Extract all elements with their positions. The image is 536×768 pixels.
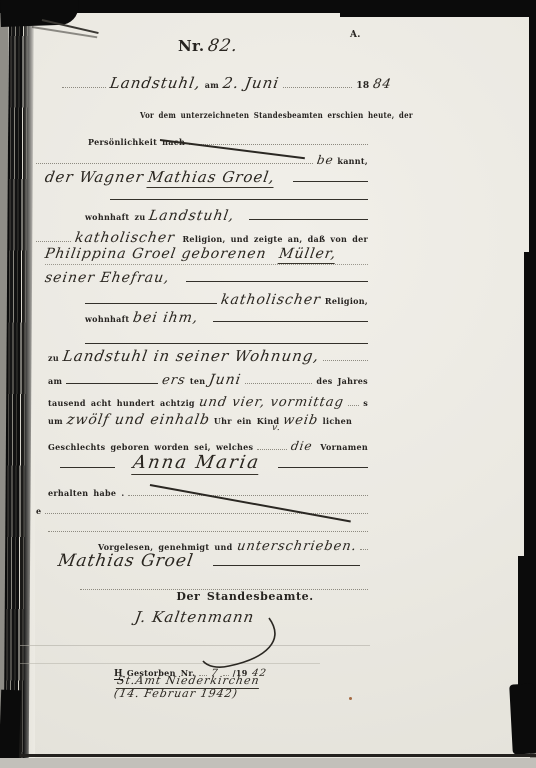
declarant-signature-line: Mathias Groel — [58, 550, 360, 571]
blank-line — [48, 516, 368, 532]
blank-rule — [213, 306, 368, 322]
vornamen-print: Vornamen — [320, 442, 368, 452]
signature-flourish — [195, 614, 287, 674]
wohnhaft2-print: wohnhaft — [85, 314, 129, 324]
date-hand: 2. Juni — [222, 74, 281, 92]
am-print: am — [205, 80, 219, 90]
religion1-line: katholischer Religion, und zeigte an, da… — [36, 226, 368, 246]
blank-rule — [323, 345, 368, 361]
rust-speck — [349, 697, 352, 700]
stray-e-print: e — [36, 506, 41, 516]
blank-rule — [249, 204, 368, 220]
scan-edge-bottom-line — [20, 754, 536, 757]
year-print: 18 — [356, 81, 369, 91]
blank-rule — [62, 72, 106, 88]
kannt-print: kannt, — [337, 156, 368, 166]
blank-rule — [110, 184, 368, 200]
religion1-hand: katholischer — [73, 230, 175, 246]
blank-line-e: e — [36, 498, 368, 516]
mother-pre: Philippina Groel geborenen — [44, 246, 268, 262]
blank-rule — [60, 452, 115, 468]
s-print: s — [363, 398, 368, 408]
scan-edge-bottom-right-blob — [509, 683, 536, 754]
birthyear-line: tausend acht hundert achtzig und vier, v… — [48, 390, 368, 410]
lichen-print: lichen — [323, 416, 352, 426]
corner-letter: A. — [350, 30, 361, 40]
bekannt-line: be kannt, — [36, 148, 368, 167]
place-hand: Landstuhl, — [109, 74, 203, 92]
blank-rule — [85, 328, 368, 344]
persoenlichkeit-text: Persönlichkeit nach — [88, 137, 185, 147]
religion1-rest-print: Religion, und zeigte an, daß von der — [182, 234, 368, 244]
blank-rule — [189, 129, 368, 145]
blank-rule — [257, 434, 286, 450]
intro-text: Vor dem unterzeichneten Standesbeamten e… — [140, 110, 413, 120]
blank-rule — [245, 368, 312, 384]
blank-rule — [360, 534, 368, 550]
year-words-print: tausend acht hundert achtzig — [48, 398, 195, 408]
blank-rule — [48, 516, 368, 532]
mother-name: Müller, — [277, 246, 337, 264]
scan-bottom-margin — [0, 758, 536, 768]
blank-rule — [45, 498, 368, 514]
scan-edge-right-middle — [524, 252, 536, 564]
day-hand: ers — [161, 373, 187, 388]
month-hand: Juni — [208, 372, 243, 388]
blank-line — [110, 184, 368, 200]
blank-rule — [36, 148, 313, 164]
scan-edge-bottom-left — [0, 690, 21, 761]
die-mark-text: v. — [271, 423, 281, 433]
time-hand: zwölf und einhalb — [66, 412, 211, 428]
geschlechts-print: Geschlechts geboren worden sei, welches — [48, 442, 253, 452]
mother-line: Philippina Groel geborenen Müller, — [45, 246, 368, 265]
record-number-line: Nr. 82. — [178, 36, 238, 56]
scan-edge-top — [0, 0, 536, 13]
wohnort2-hand: bei ihm, — [132, 310, 200, 326]
sex-hand: weib — [282, 413, 320, 428]
birthtime-line: um zwölf und einhalb Uhr ein Kind weib l… — [48, 412, 368, 428]
persoenlichkeit-line: Persönlichkeit nach — [88, 129, 368, 147]
ten-print: ten — [190, 376, 206, 386]
erhalten-print: erhalten habe . — [48, 488, 124, 498]
residence2-line: wohnhaft bei ihm, — [85, 306, 368, 326]
blank-rule — [293, 166, 368, 182]
blank-rule — [80, 574, 368, 590]
blank-rule — [213, 550, 360, 566]
declarant-signature: Mathias Groel — [56, 551, 195, 571]
blank-rule — [85, 288, 217, 304]
blank-line — [80, 574, 368, 590]
blank-rule — [186, 266, 368, 282]
die-correction-mark: v. — [272, 423, 281, 433]
child-name-line: Anna Maria — [60, 452, 368, 475]
registrar-title: Der Standesbeamte. — [176, 590, 313, 603]
wohnort-hand: Landstuhl, — [148, 208, 236, 224]
scan-edge-top-left-corner — [0, 0, 79, 27]
blank-rule — [66, 368, 158, 384]
um-print: um — [48, 416, 63, 426]
registrar-title-line: Der Standesbeamte. — [150, 590, 340, 603]
des-jahres-print: des Jahres — [316, 376, 368, 386]
religion2-rest-print: Religion, — [325, 296, 368, 306]
place-date-line: Landstuhl, am 2. Juni 18 84 — [62, 72, 392, 92]
year-hand: 84 — [372, 77, 393, 92]
birthplace-hand: Landstuhl in seiner Wohnung, — [62, 347, 321, 365]
blank-rule — [283, 72, 352, 88]
zu-print: zu — [48, 353, 59, 363]
sex-vornamen-line: Geschlechts geboren worden sei, welches … — [48, 434, 368, 453]
corner-letter-text: A. — [350, 30, 361, 40]
nr-label: Nr. — [178, 37, 204, 55]
nr-value: 82. — [207, 36, 240, 56]
birthplace-line: zu Landstuhl in seiner Wohnung, — [48, 345, 368, 365]
scan-edge-top-right — [340, 13, 536, 17]
year-words-hand: und vier, vormittag — [198, 395, 345, 410]
intro-line: Vor dem unterzeichneten Standesbeamten e… — [140, 110, 370, 120]
death-date-line: (14. Februar 1942) — [114, 687, 238, 700]
blank-rule — [36, 226, 71, 242]
child-name: Anna Maria — [131, 452, 262, 475]
blank-line — [85, 328, 368, 344]
mother-rel-hand: seiner Ehefrau, — [44, 270, 171, 286]
death-date-hand: (14. Februar 1942) — [113, 687, 239, 700]
scan-edge-right-upper — [529, 0, 536, 260]
blank-rule — [278, 452, 368, 468]
birthdate-line: am ers ten Juni des Jahres — [48, 368, 368, 388]
residence-line: wohnhaft zu Landstuhl, — [85, 204, 368, 224]
uhr-print: Uhr ein Kind — [214, 416, 280, 426]
blank-rule — [348, 390, 360, 406]
wohnhaft-zu-print: wohnhaft zu — [85, 212, 145, 222]
am2-print: am — [48, 376, 62, 386]
mother-relation-line: seiner Ehefrau, — [45, 266, 368, 286]
scanned-birth-record: A. Nr. 82. Landstuhl, am 2. Juni 18 84 V… — [0, 0, 536, 768]
